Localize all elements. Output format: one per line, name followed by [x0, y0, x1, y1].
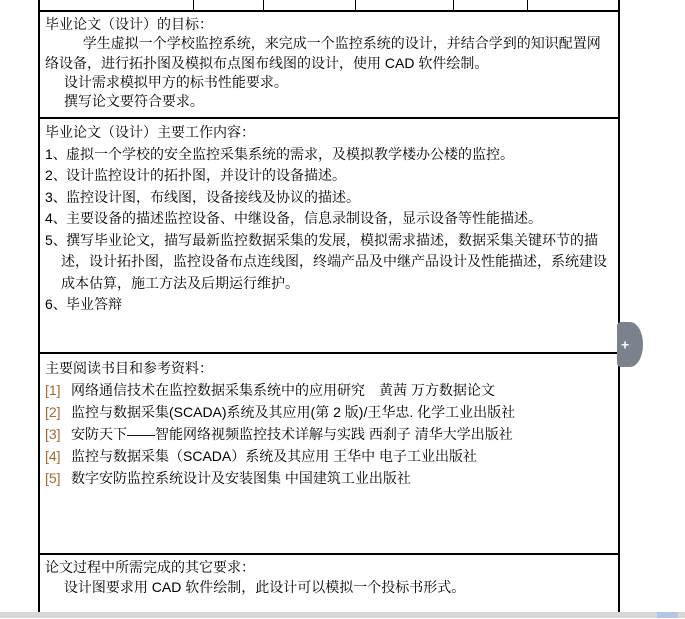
table-cell-divider [453, 0, 454, 10]
task-number: 1、 [45, 144, 66, 166]
task-number: 3、 [45, 187, 66, 209]
task-item: 2、设计监控设计的拓扑图，并设计的设备描述。 [45, 165, 612, 187]
section-references-title: 主要阅读书目和参考资料： [45, 357, 612, 379]
task-text: 主要设备的描述监控设备、中继设备，信息录制设备，显示设备等性能描述。 [66, 210, 542, 226]
section-other-requirements: 论文过程中所需完成的其它要求： 设计图要求用 CAD 软件绘制，此设计可以模拟一… [40, 553, 618, 612]
horizontal-scrollbar[interactable] [0, 612, 685, 618]
task-text: 监控设计图，布线图，设备接线及协议的描述。 [66, 189, 360, 205]
task-number: 4、 [45, 208, 66, 230]
table-cell-divider [193, 0, 194, 10]
reference-text: 安防天下——智能网络视频监控技术详解与实践 西刹子 清华大学出版社 [71, 426, 513, 442]
reference-number: [4] [45, 445, 71, 467]
reference-number: [5] [45, 467, 71, 489]
task-text: 毕业答辩 [66, 296, 122, 312]
section-other-title: 论文过程中所需完成的其它要求： [45, 558, 612, 578]
task-text: 虚拟一个学校的安全监控采集系统的需求，及模拟教学楼办公楼的监控。 [66, 146, 514, 162]
table-cell-divider [355, 0, 356, 10]
section-references: 主要阅读书目和参考资料： [1]网络通信技术在监控数据采集系统中的应用研究 黄茜… [40, 352, 618, 553]
task-text: 设计监控设计的拓扑图，并设计的设备描述。 [66, 167, 346, 183]
scrollbar-thumb[interactable] [657, 612, 678, 618]
reference-number: [3] [45, 423, 71, 445]
reference-text: 数字安防监控系统设计及安装图集 中国建筑工业出版社 [71, 470, 411, 486]
reference-text: 网络通信技术在监控数据采集系统中的应用研究 黄茜 万方数据论文 [71, 382, 495, 398]
plus-icon: + [621, 337, 629, 351]
task-item: 6、毕业答辩 [45, 294, 612, 316]
reference-item: [4]监控与数据采集（SCADA）系统及其应用 王华中 电子工业出版社 [45, 445, 612, 467]
task-item: 3、监控设计图，布线图，设备接线及协议的描述。 [45, 187, 612, 209]
reference-item: [2]监控与数据采集(SCADA)系统及其应用(第 2 版)/王华忠. 化学工业… [45, 401, 612, 423]
reference-number: [1] [45, 379, 71, 401]
task-item: 5、撰写毕业论文，描写最新监控数据采集的发展，模拟需求描述，数据采集关键环节的描… [45, 230, 612, 295]
section-goals: 毕业论文（设计）的目标： 学生虚拟一个学校监控系统，来完成一个监控系统的设计，并… [40, 10, 618, 117]
reference-text: 监控与数据采集（SCADA）系统及其应用 王华中 电子工业出版社 [71, 448, 477, 464]
section-tasks-title: 毕业论文（设计）主要工作内容： [45, 122, 612, 144]
document-page: 毕业论文（设计）的目标： 学生虚拟一个学校监控系统，来完成一个监控系统的设计，并… [0, 0, 685, 619]
goals-paragraph: 撰写论文要符合要求。 [45, 92, 612, 111]
other-paragraph: 设计图要求用 CAD 软件绘制，此设计可以模拟一个投标书形式。 [45, 578, 612, 598]
goals-paragraph: 学生虚拟一个学校监控系统，来完成一个监控系统的设计，并结合学到的知识配置网络设备… [45, 34, 612, 73]
task-item: 1、虚拟一个学校的安全监控采集系统的需求，及模拟教学楼办公楼的监控。 [45, 144, 612, 166]
reference-item: [5]数字安防监控系统设计及安装图集 中国建筑工业出版社 [45, 467, 612, 489]
table-cell-divider [527, 0, 528, 10]
task-number: 5、 [45, 230, 66, 252]
document-table: 毕业论文（设计）的目标： 学生虚拟一个学校监控系统，来完成一个监控系统的设计，并… [38, 0, 620, 612]
task-number: 6、 [45, 294, 66, 316]
task-text: 撰写毕业论文，描写最新监控数据采集的发展，模拟需求描述，数据采集关键环节的描述，… [61, 232, 607, 291]
section-tasks: 毕业论文（设计）主要工作内容： 1、虚拟一个学校的安全监控采集系统的需求，及模拟… [40, 117, 618, 352]
reference-number: [2] [45, 401, 71, 423]
task-number: 2、 [45, 165, 66, 187]
section-goals-title: 毕业论文（设计）的目标： [45, 15, 612, 34]
task-item: 4、主要设备的描述监控设备、中继设备，信息录制设备，显示设备等性能描述。 [45, 208, 612, 230]
reference-text: 监控与数据采集(SCADA)系统及其应用(第 2 版)/王华忠. 化学工业出版社 [71, 404, 515, 420]
reference-item: [3]安防天下——智能网络视频监控技术详解与实践 西刹子 清华大学出版社 [45, 423, 612, 445]
reference-item: [1]网络通信技术在监控数据采集系统中的应用研究 黄茜 万方数据论文 [45, 379, 612, 401]
table-cell-divider [263, 0, 264, 10]
goals-paragraph: 设计需求模拟甲方的标书性能要求。 [45, 73, 612, 92]
pane-toggle-button[interactable]: + [617, 322, 643, 367]
